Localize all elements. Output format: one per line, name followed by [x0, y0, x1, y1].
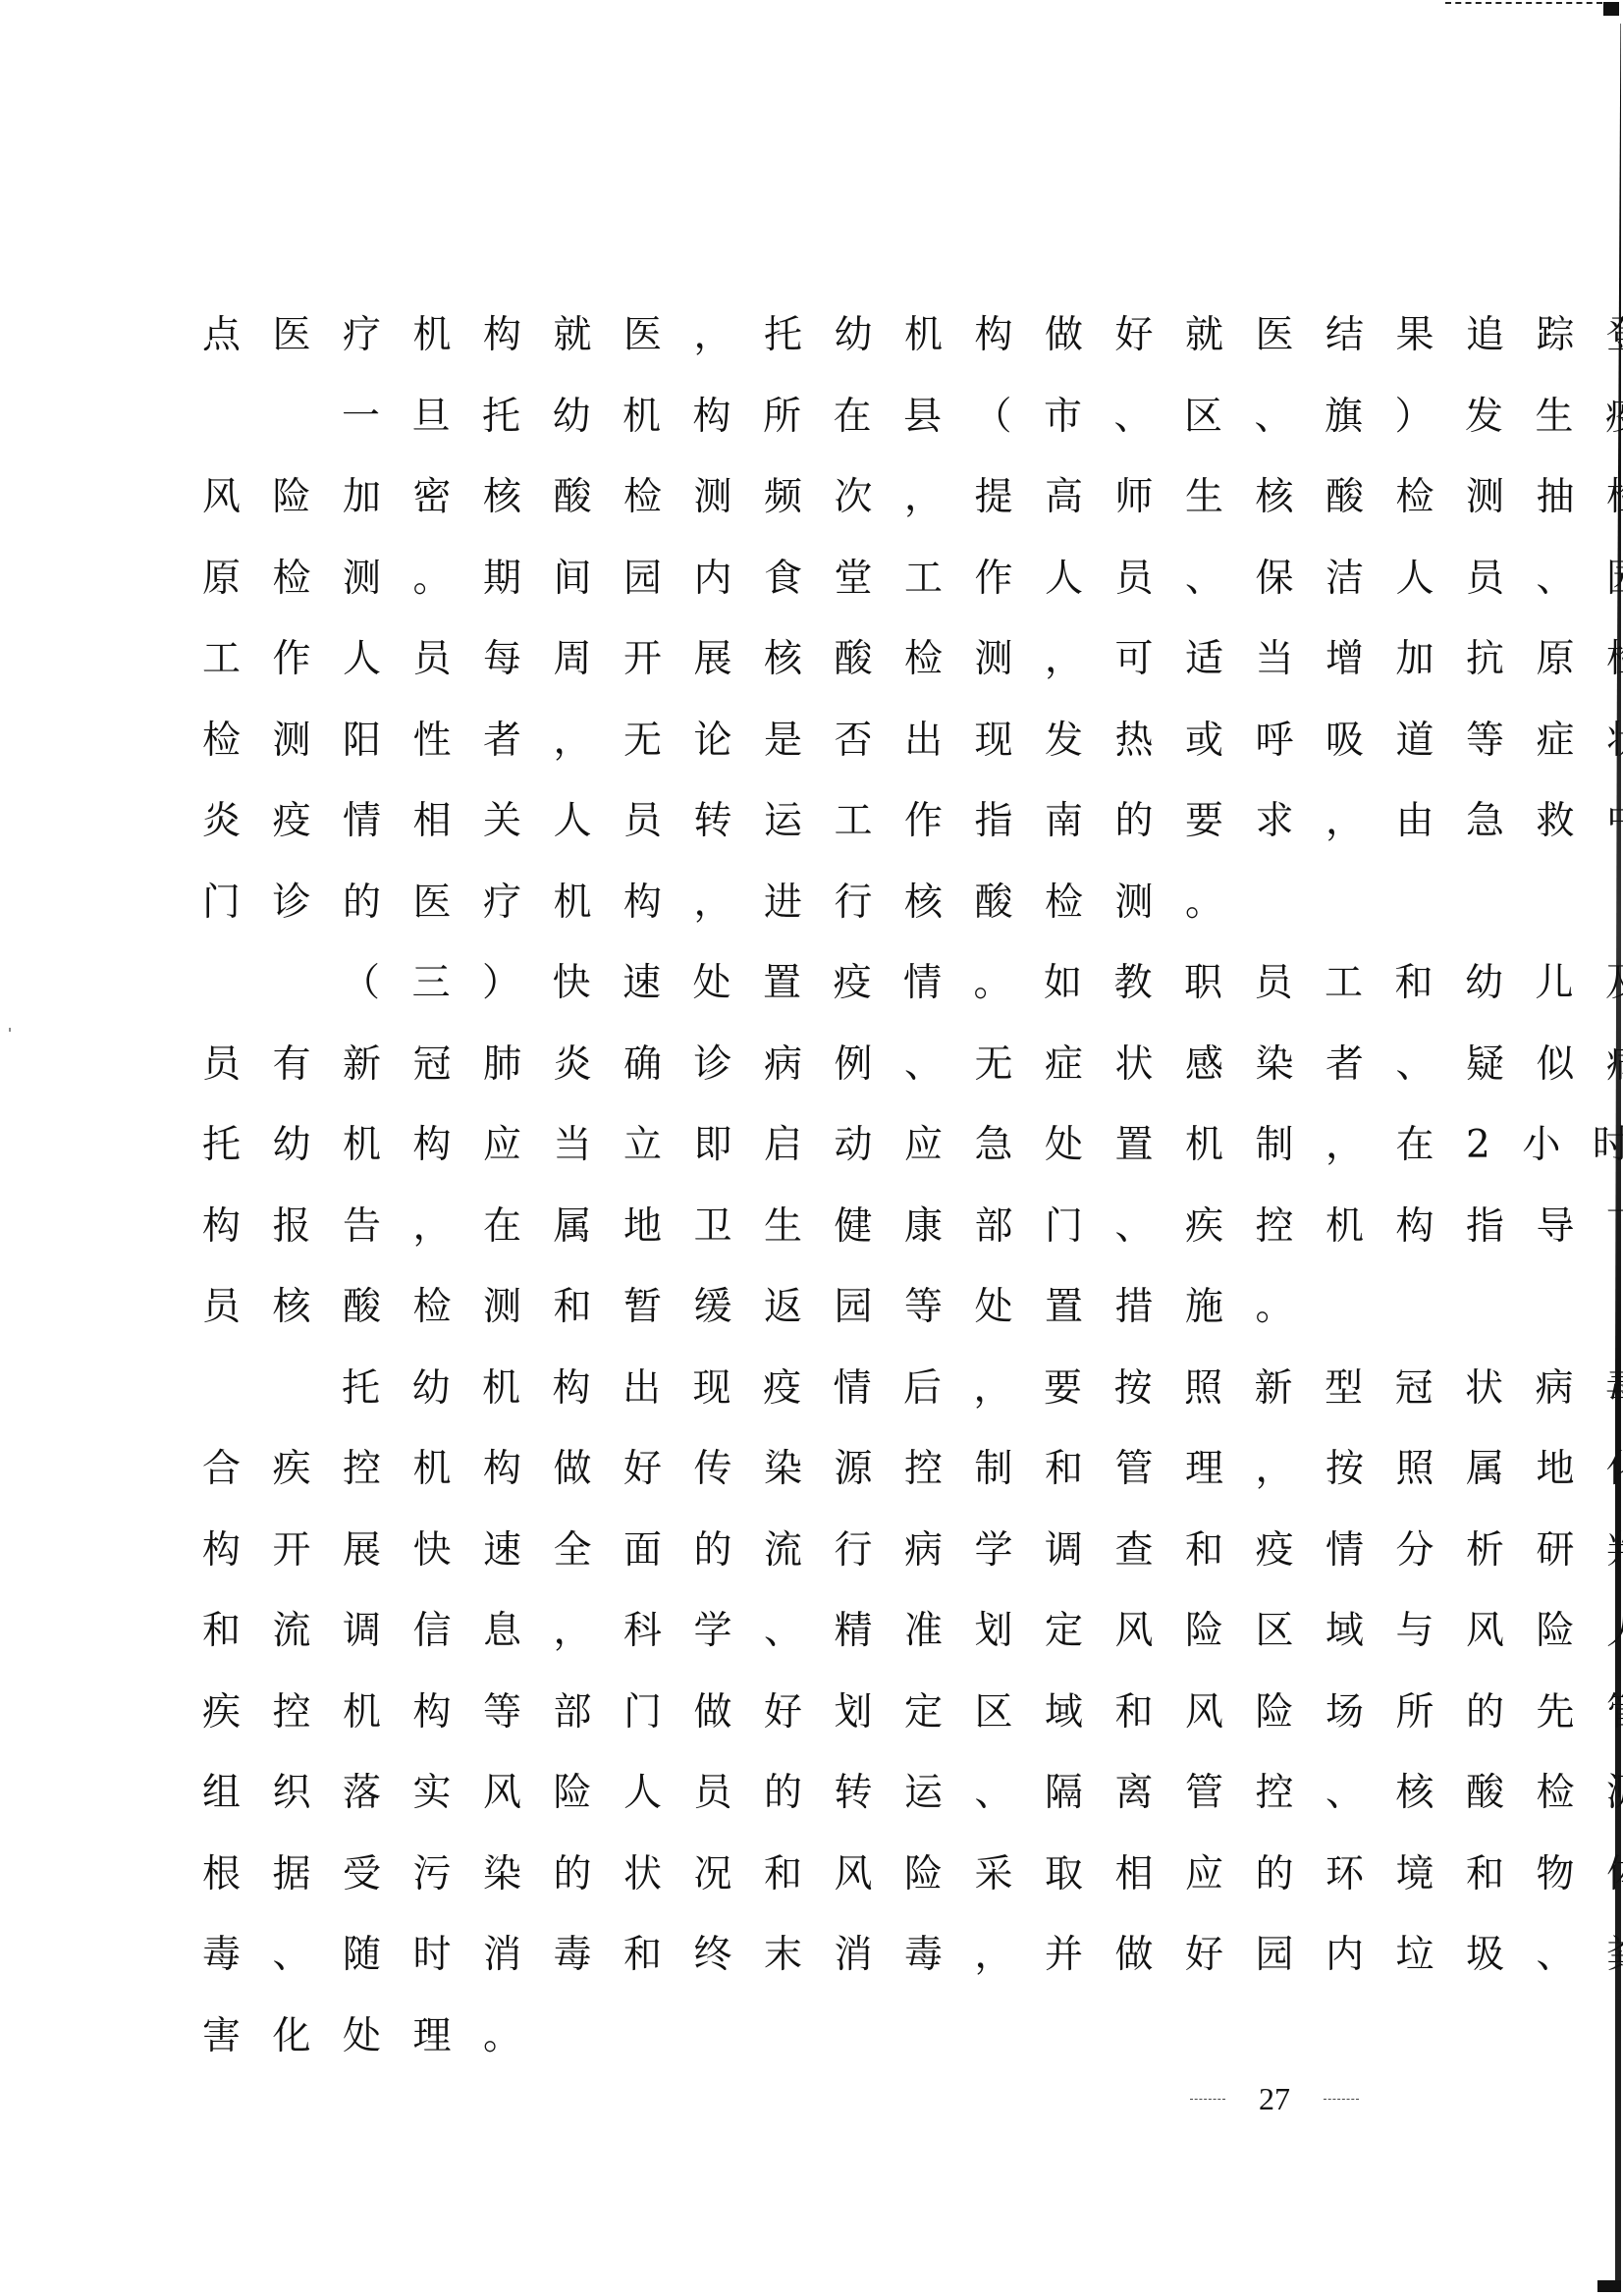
text-line: 托幼机构出现疫情后，要按照新型冠状病毒肺炎防控方案，配	[202, 1360, 1396, 1441]
text-line: 原检测。期间园内食堂工作人员、保洁人员、园（楼）门值守人员等	[202, 550, 1396, 631]
text-line: 害化处理。	[202, 2007, 1396, 2089]
page-number-dash-right	[1324, 2099, 1359, 2100]
text-line: 疾控机构等部门做好划定区域和风险场所的先管控、再摸排，有序	[202, 1683, 1396, 1765]
text-line: 托幼机构应当立即启动应急处置机制，在2小时内向辖区疾控机	[202, 1116, 1396, 1198]
text-line: 炎疫情相关人员转运工作指南的要求，由急救中心转运至有发热	[202, 792, 1396, 874]
text-line: 员核酸检测和暂缓返园等处置措施。	[202, 1278, 1396, 1360]
text-line: 根据受污染的状况和风险采取相应的环境和物体表面的预防性消	[202, 1845, 1396, 1927]
page-number-value: 27	[1259, 2081, 1290, 2117]
text-line: 构报告，在属地卫生健康部门、疾控机构指导下，采取封闭管理、全	[202, 1198, 1396, 1279]
scan-bottom-mark	[1597, 2280, 1621, 2292]
page-number-dash-left	[1190, 2099, 1225, 2100]
text-line: 员有新冠肺炎确诊病例、无症状感染者、疑似病例或密切接触者，	[202, 1036, 1396, 1117]
text-line: 和流调信息，科学、精准划定风险区域与风险人员。托幼机构配合	[202, 1602, 1396, 1683]
scan-top-rule	[1445, 2, 1602, 4]
page-number: 27	[1190, 2081, 1359, 2117]
text-line: 合疾控机构做好传染源控制和管理，按照属地化原则配合疾控机	[202, 1440, 1396, 1522]
text-line: 点医疗机构就医，托幼机构做好就医结果追踪登记工作。	[202, 306, 1396, 388]
text-line: 毒、随时消毒和终末消毒，并做好园内垃圾、粪便、污水的收集和无	[202, 1926, 1396, 2007]
text-line: 工作人员每周开展核酸检测，可适当增加抗原检测。若出现抗原	[202, 630, 1396, 712]
scan-corner-mark	[1603, 2, 1619, 16]
text-line: 检测阳性者，无论是否出现发热或呼吸道等症状，均需按照新冠肺	[202, 712, 1396, 793]
section-heading-line: （三）快速处置疫情。如教职员工和幼儿及其共同生活居住人	[202, 954, 1396, 1036]
scan-speck	[9, 1028, 11, 1032]
text-line: 组织落实风险人员的转运、隔离管控、核酸检测、健康监测等措施，	[202, 1764, 1396, 1845]
text-line: 一旦托幼机构所在县（市、区、旗）发生疫情，要根据疫情扩散	[202, 388, 1396, 469]
document-body: 点医疗机构就医，托幼机构做好就医结果追踪登记工作。 一旦托幼机构所在县（市、区、…	[202, 306, 1396, 2088]
text-line: 构开展快速全面的流行病学调查和疫情分析研判，根据病例轨迹	[202, 1522, 1396, 1603]
text-line: 门诊的医疗机构，进行核酸检测。	[202, 874, 1396, 955]
text-line: 风险加密核酸检测频次，提高师生核酸检测抽检比例，推广使用抗	[202, 468, 1396, 550]
